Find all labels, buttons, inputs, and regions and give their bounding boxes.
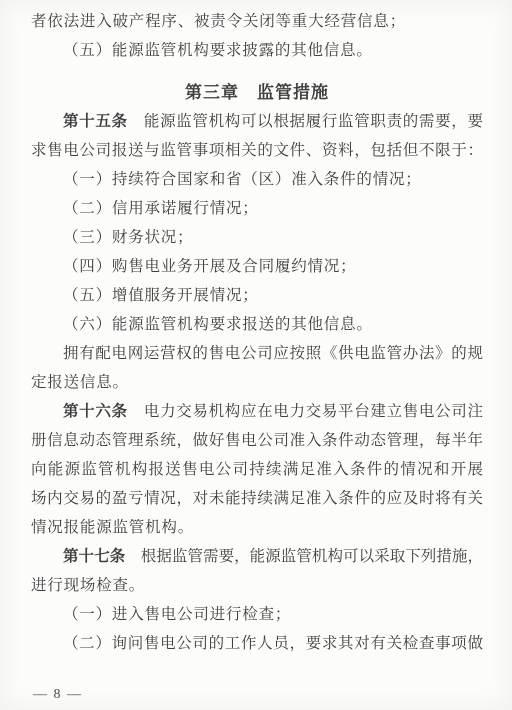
article-line: 第十五条 能源监管机构可以根据履行监管职责的需要，要 [31, 107, 483, 136]
list-item-line: （五）增值服务开展情况； [31, 281, 483, 310]
list-item-line: （六）能源监管机构要求报送的其他信息。 [31, 310, 483, 339]
article-text: 根据监管需要，能源监管机构可以采取下列措施， [125, 548, 483, 565]
text-line: 场内交易的盈亏情况，对未能持续满足准入条件的应及时将有关 [31, 484, 483, 513]
list-item-line: （二）信用承诺履行情况； [31, 194, 483, 223]
list-item-line: （二）询问售电公司的工作人员，要求其对有关检查事项做 [31, 629, 483, 658]
list-item-line: （四）购售电业务开展及合同履约情况； [31, 252, 483, 281]
list-item-line: （三）财务状况； [31, 223, 483, 252]
document-page: 者依法进入破产程序、被责令关闭等重大经营信息； （五）能源监管机构要求披露的其他… [0, 0, 512, 710]
list-item-line: （一）持续符合国家和省（区）准入条件的情况； [31, 165, 483, 194]
text-line: 情况报能源监管机构。 [31, 513, 483, 542]
article-text: 能源监管机构可以根据履行监管职责的需要，要 [128, 113, 483, 130]
list-item-line: （一）进入售电公司进行检查； [31, 600, 483, 629]
article-number: 第十五条 [63, 113, 128, 130]
text-line: 进行现场检查。 [31, 571, 483, 600]
article-line: 第十七条 根据监管需要，能源监管机构可以采取下列措施， [31, 542, 483, 571]
text-line: 定报送信息。 [31, 368, 483, 397]
text-line: 向能源监管机构报送售电公司持续满足准入条件的情况和开展 [31, 455, 483, 484]
text-line: 者依法进入破产程序、被责令关闭等重大经营信息； [31, 7, 483, 36]
chapter-heading: 第三章 监管措施 [31, 78, 483, 107]
article-text: 电力交易机构应在电力交易平台建立售电公司注 [128, 403, 483, 420]
article-number: 第十六条 [63, 403, 128, 420]
article-line: 第十六条 电力交易机构应在电力交易平台建立售电公司注 [31, 397, 483, 426]
text-line: 求售电公司报送与监管事项相关的文件、资料，包括但不限于： [31, 136, 483, 165]
text-line: 拥有配电网运营权的售电公司应按照《供电监管办法》的规 [31, 339, 483, 368]
list-item-line: （五）能源监管机构要求披露的其他信息。 [31, 36, 483, 65]
article-number: 第十七条 [63, 548, 125, 565]
page-number: — 8 — [33, 687, 83, 703]
text-line: 册信息动态管理系统，做好售电公司准入条件动态管理，每半年 [31, 426, 483, 455]
